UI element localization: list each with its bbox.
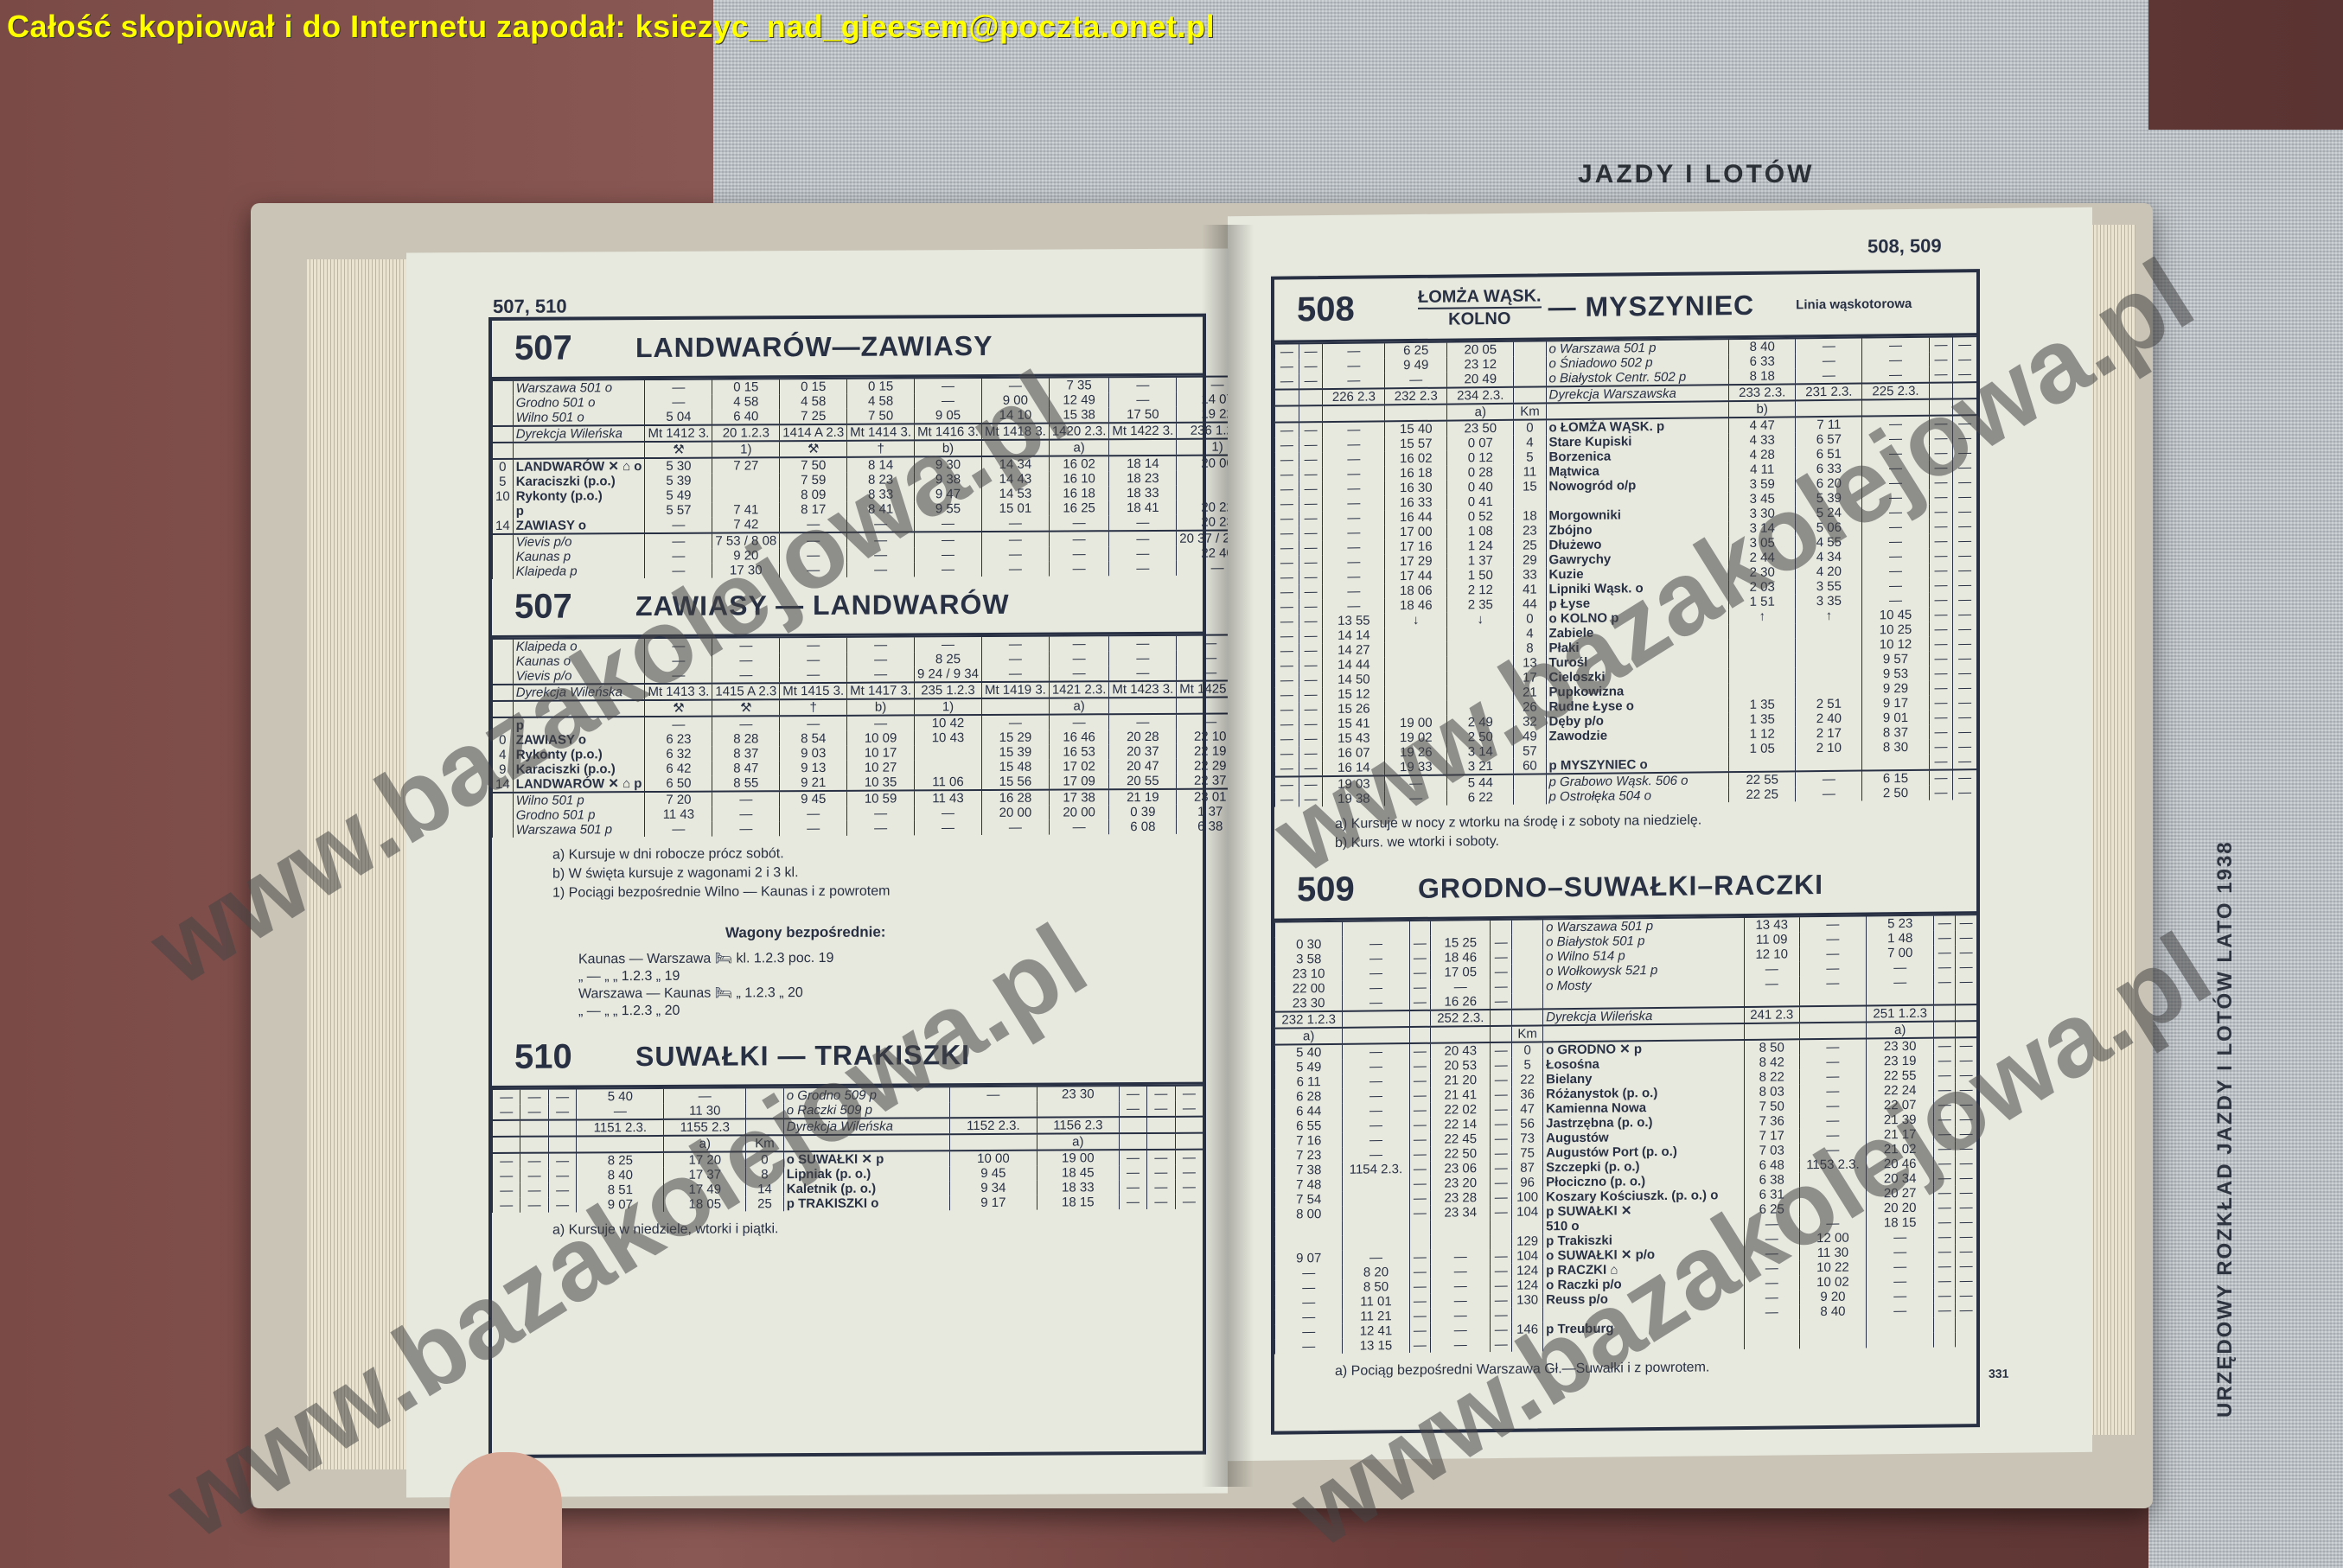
time-cell: 0 30 [1275, 937, 1343, 953]
time-cell [1729, 653, 1796, 668]
time-cell: — [1744, 1304, 1799, 1320]
time-cell: 20 00 [981, 806, 1049, 820]
time-cell: — [780, 716, 847, 731]
time-cell: — [1323, 583, 1385, 599]
time-cell [1862, 755, 1929, 771]
section-name: GRODNO–SUWAŁKI–RACZKI [1418, 869, 1823, 905]
time-cell: 3 35 [1796, 594, 1862, 609]
time-cell: — [1409, 1162, 1431, 1176]
time-cell: — [847, 715, 915, 730]
time-cell: 17 50 [1109, 407, 1177, 423]
time-cell: 8 55 [712, 775, 780, 791]
time-cell: — [1799, 1128, 1866, 1144]
time-cell: — [1934, 1303, 1956, 1317]
footnote: 1) Pociągi bezpośrednie Wilno — Kaunas i… [552, 881, 1142, 903]
time-cell: — [1409, 1191, 1431, 1206]
section-number: 508 [1297, 290, 1401, 329]
time-cell [1934, 1332, 1956, 1347]
time-cell: — [1929, 367, 1953, 382]
time-cell: — [1119, 1086, 1146, 1101]
time-cell: — [1385, 791, 1447, 806]
time-cell: — [1953, 519, 1976, 533]
station-name: Karaciszki (p.o.) [513, 474, 645, 489]
time-cell: — [1299, 526, 1323, 540]
km: Km [1514, 403, 1546, 419]
time-cell: 9 29 [1862, 681, 1929, 697]
time-cell: — [1275, 343, 1299, 359]
time-cell: 11 21 [1343, 1309, 1409, 1324]
time-cell: 6 33 [1796, 462, 1862, 477]
time-cell: — [981, 562, 1049, 577]
time-cell [548, 1119, 576, 1136]
time-cell: 6 20 [1796, 476, 1862, 492]
time-cell: — [1929, 769, 1953, 785]
time-cell: 8 37 [1862, 725, 1929, 741]
station-name: Grodno 501 o [513, 395, 645, 411]
time-cell: 8 14 [847, 456, 915, 472]
station-name: Klaipeda p [513, 564, 645, 579]
time-cell: 17 49 [664, 1182, 746, 1196]
time-cell [1799, 1006, 1866, 1023]
time-cell: — [1929, 739, 1953, 754]
time-cell: — [1175, 1086, 1203, 1101]
time-cell [1729, 667, 1796, 683]
time-cell: 17 09 [1049, 774, 1109, 789]
station-name: o ŁOMŻA WĄSK. p [1546, 417, 1729, 435]
time-cell: — [493, 1153, 520, 1169]
km: 104 [1512, 1204, 1543, 1219]
km: 10 [493, 489, 514, 504]
time-cell: — [712, 791, 780, 806]
time-cell: — [1275, 717, 1299, 731]
time-cell: — [1929, 754, 1953, 769]
time-cell: — [1119, 1150, 1146, 1165]
train-mark: b) [915, 440, 982, 456]
time-cell: 16 44 [1385, 510, 1447, 526]
time-cell [1491, 920, 1512, 935]
time-cell: 7 35 [1049, 377, 1109, 392]
km [1512, 978, 1543, 993]
time-cell: 1 05 [1729, 741, 1796, 756]
time-cell: — [1744, 1260, 1799, 1276]
time-cell: 4 34 [1796, 550, 1862, 565]
time-cell: — [1119, 1195, 1146, 1209]
train-mark [1109, 439, 1177, 456]
km: 4 [1514, 435, 1546, 449]
cell [493, 808, 514, 823]
time-cell: 1 08 [1447, 524, 1514, 539]
cell [493, 534, 514, 550]
km [1512, 1219, 1543, 1233]
time-cell: — [712, 806, 780, 821]
train-mark: 1) [915, 698, 982, 715]
station-name: Lipniak (p. o.) [783, 1166, 949, 1182]
time-cell: — [1299, 599, 1323, 614]
time-cell: — [1109, 377, 1177, 392]
time-cell: — [915, 562, 982, 577]
time-cell: 16 30 [1385, 481, 1447, 496]
station-name: Warszawa 501 p [513, 822, 645, 838]
time-cell: — [1934, 959, 1956, 974]
cell [493, 639, 514, 654]
station-name: p Łyse [1546, 595, 1729, 611]
time-cell: 5 30 [645, 458, 712, 474]
time-cell: — [1953, 563, 1976, 577]
time-cell: — [712, 653, 780, 667]
time-cell [577, 1136, 664, 1153]
time-cell [1275, 405, 1299, 422]
time-cell: 23 12 [1447, 357, 1514, 373]
time-cell: — [1744, 1275, 1799, 1291]
time-cell: 23 34 [1431, 1205, 1491, 1221]
time-cell: 9 03 [780, 746, 847, 761]
time-cell: — [1953, 504, 1976, 519]
time-cell: — [1934, 1244, 1956, 1259]
train-number: 1421 2.3. [1049, 681, 1109, 698]
footnote: a) Pociąg bezpośredni Warszawa Gł.—Suwał… [1335, 1356, 1916, 1381]
time-cell: 22 50 [1431, 1146, 1491, 1162]
time-cell: — [1409, 1265, 1431, 1279]
time-cell: 18 46 [1385, 598, 1447, 614]
station-name: p MYSZYNIEC o [1546, 756, 1729, 774]
time-cell [1956, 1021, 1976, 1037]
time-cell: 10 00 [949, 1151, 1037, 1167]
time-cell: — [1953, 754, 1976, 769]
footnotes: a) Kursuje w niedziele, wtorki i piątki. [492, 1209, 1203, 1249]
time-cell: — [1275, 452, 1299, 467]
station-name: Turośl [1546, 653, 1729, 670]
time-cell [1343, 1191, 1409, 1207]
km: 21 [1514, 685, 1546, 699]
station-name: Kaletnik (p. o.) [783, 1181, 949, 1196]
time-cell: 9 05 [915, 408, 982, 424]
time-cell: 10 25 [1862, 622, 1929, 638]
time-cell: — [548, 1182, 576, 1197]
time-cell: 2 51 [1796, 697, 1862, 712]
time-cell: 9 45 [949, 1166, 1037, 1182]
time-cell: — [1409, 1103, 1431, 1118]
time-cell: 16 33 [1385, 495, 1447, 511]
time-cell: 6 55 [1275, 1119, 1343, 1134]
time-cell [1409, 921, 1431, 936]
km: 15 [1514, 479, 1546, 494]
time-cell: 0 07 [1447, 436, 1514, 451]
right-book-spine-text: URZĘDOWY ROZKŁAD JAZDY I LOTÓW LATO 1938 [2213, 840, 2238, 1418]
time-cell: — [645, 653, 712, 668]
time-cell: a) [1447, 404, 1514, 421]
time-cell: 23 06 [1431, 1161, 1491, 1176]
time-cell [1385, 405, 1447, 422]
time-cell: — [1275, 1280, 1343, 1296]
station-name: Warszawa 501 o [513, 379, 645, 396]
time-cell: — [1934, 1185, 1956, 1200]
time-cell: — [1799, 1069, 1866, 1085]
section-name-top: ŁOMŻA WĄSK. [1418, 285, 1542, 309]
time-cell: — [1862, 564, 1929, 579]
time-cell: 22 07 [1867, 1098, 1934, 1113]
time-cell: 7 54 [1275, 1192, 1343, 1208]
time-cell: — [1862, 490, 1929, 506]
time-cell: — [1323, 358, 1385, 373]
time-cell: — [1343, 1132, 1409, 1148]
time-cell: 23 10 [1275, 966, 1343, 982]
time-cell: — [1049, 531, 1109, 546]
time-cell: — [1953, 367, 1976, 382]
km: 0 [493, 459, 514, 475]
time-cell: — [1862, 431, 1929, 447]
time-cell: — [1929, 548, 1953, 563]
time-cell: — [1275, 702, 1299, 717]
time-cell: 8 28 [712, 731, 780, 746]
time-cell: — [1956, 1037, 1976, 1053]
time-cell: — [915, 547, 982, 562]
time-cell: 225 2.3. [1862, 383, 1929, 400]
time-cell: 16 07 [1323, 745, 1385, 761]
time-cell: 18 15 [1037, 1195, 1119, 1209]
time-cell: 7 11 [1796, 417, 1862, 433]
time-cell: 2 40 [1796, 711, 1862, 727]
timetable: o Warszawa 501 p13 43—5 23——0 30——15 25—… [1274, 914, 1976, 1354]
time-cell: — [1934, 1156, 1956, 1170]
time-cell: — [1934, 945, 1956, 959]
time-cell: 9 34 [949, 1181, 1037, 1196]
section-title: 510SUWAŁKI — TRAKISZKI [492, 1026, 1203, 1088]
station-name: Rykonty (p.o.) [513, 488, 645, 504]
km: 4 [493, 748, 514, 762]
km: 0 [746, 1151, 784, 1167]
station-name: Cieloszki [1546, 668, 1729, 685]
time-cell: — [1956, 1068, 1976, 1082]
time-cell: 0 15 [712, 379, 780, 394]
time-cell: — [548, 1168, 576, 1182]
time-cell [1447, 685, 1514, 701]
time-cell: — [1956, 1259, 1976, 1273]
km: 87 [1512, 1160, 1543, 1175]
time-cell: 6 32 [645, 747, 712, 762]
time-cell: 8 20 [1343, 1265, 1409, 1280]
time-cell: — [1323, 569, 1385, 584]
time-cell: — [1299, 359, 1323, 373]
time-cell [1796, 623, 1862, 639]
time-cell: — [1953, 769, 1976, 785]
time-cell: — [1934, 1259, 1956, 1273]
train-mark: a) [1049, 439, 1109, 456]
time-cell: 4 11 [1729, 462, 1796, 477]
time-cell: 4 28 [1729, 447, 1796, 462]
station-name: o Warszawa 501 p [1546, 339, 1729, 356]
time-cell: — [1275, 555, 1299, 570]
time-cell: — [712, 821, 780, 836]
time-cell: — [1275, 599, 1299, 614]
station-name: LANDWARÓW ✕ ⌂ p [513, 776, 645, 793]
time-cell: — [1953, 739, 1976, 754]
time-cell: — [1299, 555, 1323, 570]
time-cell [1431, 1026, 1491, 1043]
time-cell: — [1343, 995, 1409, 1011]
time-cell: — [1491, 1308, 1512, 1323]
train-mark [981, 698, 1049, 715]
time-cell: 16 18 [1385, 466, 1447, 481]
km: 130 [1512, 1292, 1543, 1307]
time-cell: — [1323, 481, 1385, 496]
time-cell [712, 473, 780, 488]
time-cell [1385, 701, 1447, 717]
time-cell: — [1491, 979, 1512, 994]
time-cell: — [1323, 539, 1385, 555]
time-cell: 8 37 [712, 746, 780, 761]
km [1512, 1336, 1543, 1351]
time-cell: 9 13 [780, 761, 847, 775]
station-name: Mątwica [1546, 462, 1729, 479]
running-head-right: 508, 509 [1867, 235, 1942, 258]
km [746, 1087, 784, 1103]
time-cell: 23 28 [1431, 1190, 1491, 1206]
km: 124 [1512, 1278, 1543, 1292]
time-cell: 7 59 [780, 473, 847, 488]
time-cell: 9 49 [1385, 358, 1447, 373]
time-cell: — [1109, 714, 1177, 730]
time-cell: — [1147, 1101, 1175, 1117]
station-name [1546, 492, 1729, 508]
time-cell: 6 08 [1109, 819, 1177, 834]
time-cell: 7 42 [712, 517, 780, 532]
time-cell: — [1956, 1141, 1976, 1156]
time-cell: 8 18 [1729, 368, 1796, 385]
time-cell: — [1343, 1043, 1409, 1060]
book-gutter [1202, 225, 1254, 1487]
time-cell: — [1275, 1295, 1343, 1310]
time-cell [1385, 657, 1447, 672]
time-cell [1275, 1221, 1343, 1237]
time-cell: — [1299, 511, 1323, 526]
time-cell: 2 44 [1729, 550, 1796, 565]
time-cell: — [1409, 1059, 1431, 1074]
time-cell: — [1956, 930, 1976, 945]
time-cell: 3 55 [1796, 579, 1862, 595]
train-mark: ⚒ [712, 699, 780, 716]
time-cell: 17 00 [1385, 525, 1447, 540]
time-cell: — [1929, 680, 1953, 695]
time-cell: — [1744, 1216, 1799, 1232]
time-cell: 7 00 [1867, 946, 1934, 961]
time-cell: 0 52 [1447, 509, 1514, 525]
time-cell [1343, 1027, 1409, 1044]
km: 13 [1514, 655, 1546, 670]
time-cell: 231 2.3. [1796, 384, 1862, 401]
station-name: Kaunas p [513, 549, 645, 564]
time-cell: 18 15 [1867, 1215, 1934, 1231]
time-cell [520, 1137, 548, 1153]
time-cell: — [1956, 959, 1976, 974]
km: 9 [493, 762, 514, 777]
time-cell: — [1799, 1039, 1866, 1055]
time-cell [1491, 1010, 1512, 1026]
time-cell: — [1323, 421, 1385, 437]
time-cell: 5 49 [645, 488, 712, 503]
time-cell: — [1343, 1074, 1409, 1089]
time-cell: — [645, 549, 712, 564]
time-cell: 14 34 [981, 456, 1049, 472]
time-cell: — [1934, 1288, 1956, 1303]
train-mark: ⚒ [780, 441, 847, 457]
km: 0 [1514, 611, 1546, 626]
time-cell: 10 43 [915, 730, 982, 745]
time-cell: 19 02 [1385, 730, 1447, 746]
time-cell: — [1343, 1250, 1409, 1265]
time-cell [1799, 1334, 1866, 1349]
km: 14 [746, 1182, 784, 1196]
time-cell: — [1385, 775, 1447, 792]
time-cell: 9 55 [915, 501, 982, 516]
train-number: Mt 1418 3. [981, 424, 1049, 440]
station-name: Lipniki Wąsk. o [1546, 580, 1729, 596]
time-cell: 9 57 [1862, 652, 1929, 667]
time-cell: 7 50 [1744, 1099, 1799, 1114]
time-cell: 19 03 [1323, 775, 1385, 792]
time-cell: 23 30 [1867, 1038, 1934, 1055]
km: 146 [1512, 1322, 1543, 1336]
station-name [783, 1134, 949, 1151]
time-cell: — [1491, 1205, 1512, 1220]
time-cell [1934, 1317, 1956, 1332]
time-cell: 2 10 [1796, 741, 1862, 756]
time-cell: 7 16 [1275, 1133, 1343, 1149]
time-cell: — [1953, 475, 1976, 489]
time-cell: — [1343, 936, 1409, 952]
time-cell: 0 40 [1447, 480, 1514, 495]
time-cell: — [520, 1183, 548, 1198]
station-name: Wilno 501 p [513, 792, 645, 808]
time-cell: — [1275, 776, 1299, 792]
time-cell: — [1409, 966, 1431, 980]
time-cell: — [847, 547, 915, 562]
time-cell: — [1109, 546, 1177, 561]
time-cell: — [1934, 1200, 1956, 1214]
time-cell [1299, 405, 1323, 422]
time-cell: — [548, 1152, 576, 1168]
station-name: Nowogród o/p [1546, 477, 1729, 494]
time-cell: — [847, 562, 915, 577]
km: 47 [1512, 1101, 1543, 1116]
time-cell: 0 15 [780, 379, 847, 394]
time-cell: 9 00 [981, 393, 1049, 408]
time-cell: — [1431, 1308, 1491, 1323]
left-page-frame: 507LANDWARÓW—ZAWIASYWarszawa 501 o—0 150… [488, 314, 1206, 1458]
time-cell [1343, 921, 1409, 937]
time-cell: 6 40 [712, 409, 780, 424]
time-cell: — [1953, 460, 1976, 475]
section-title: 509GRODNO–SUWAŁKI–RACZKI [1274, 855, 1976, 921]
time-cell: — [780, 806, 847, 821]
time-cell: — [780, 517, 847, 532]
time-cell: — [1109, 651, 1177, 666]
time-cell: — [981, 652, 1049, 666]
time-cell: — [915, 636, 982, 652]
time-cell: — [1867, 960, 1934, 976]
copyright-banner: Całość skopiował i do Internetu zapodał:… [7, 9, 1215, 45]
time-cell: — [847, 516, 915, 532]
time-cell [949, 1102, 1037, 1119]
time-cell: — [1953, 666, 1976, 680]
time-cell: 234 2.3. [1447, 387, 1514, 405]
time-cell: 18 33 [1109, 486, 1177, 500]
station-name [1546, 742, 1729, 758]
km [1514, 371, 1546, 386]
time-cell: — [981, 378, 1049, 393]
time-cell: 11 30 [664, 1103, 746, 1119]
station-name: Zbójno [1546, 521, 1729, 538]
time-cell [1447, 671, 1514, 686]
